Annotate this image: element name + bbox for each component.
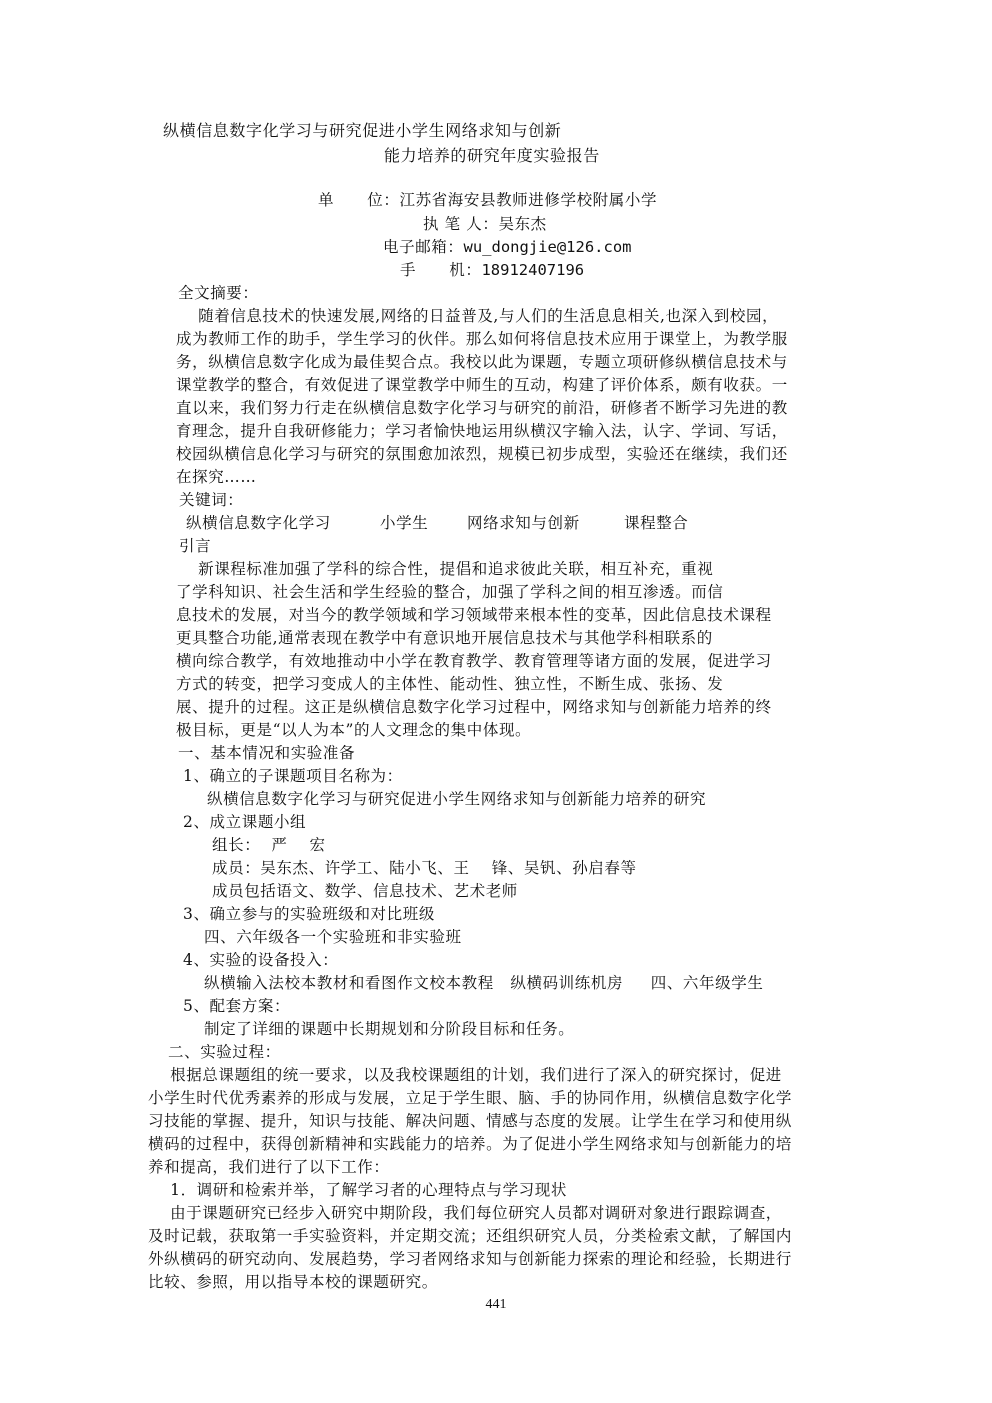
document-page: 纵横信息数字化学习与研究促进小学生网络求知与创新 能力培养的研究年度实验报告 单… xyxy=(0,0,992,1403)
subsection-heading: 1．调研和检索并举，了解学习者的心理特点与学习现状 xyxy=(148,1179,567,1201)
intro-line: 方式的转变，把学习变成人的主体性、能动性、独立性，不断生成、张扬、发 xyxy=(176,673,841,695)
section2-line: 由于课题研究已经步入研究中期阶段，我们每位研究人员都对调研对象进行跟踪调查， xyxy=(148,1202,841,1224)
phone-label: 手 机： xyxy=(400,261,481,279)
title-line-1: 纵横信息数字化学习与研究促进小学生网络求知与创新 xyxy=(163,120,561,142)
keywords-heading: 关键词： xyxy=(179,489,243,511)
phone-row: 手 机：18912407196 xyxy=(400,259,584,281)
section1-item-content: 纵横信息数字化学习与研究促进小学生网络求知与创新能力培养的研究 xyxy=(207,788,706,810)
abstract-line: 校园纵横信息化学习与研究的氛围愈加浓烈，规模已初步成型，实验还在继续，我们还 xyxy=(176,443,841,465)
abstract-line: 在探究…… xyxy=(176,466,257,488)
author-value: 吴东杰 xyxy=(498,215,546,233)
section2-line: 比较、参照，用以指导本校的课题研究。 xyxy=(148,1271,438,1293)
unit-value: 江苏省海安县教师进修学校附属小学 xyxy=(399,191,657,209)
keyword-item: 课程整合 xyxy=(624,512,688,534)
abstract-line: 课堂教学的整合，有效促进了课堂教学中师生的互动，构建了评价体系，颇有收获。一 xyxy=(176,374,841,396)
email-value: wu_dongjie@126.com xyxy=(464,238,632,256)
section1-item-content: 制定了详细的课题中长期规划和分阶段目标和任务。 xyxy=(204,1018,574,1040)
section2-line: 小学生时代优秀素养的形成与发展，立足于学生眼、脑、手的协同作用，纵横信息数字化学 xyxy=(148,1087,841,1109)
keyword-item: 纵横信息数字化学习 xyxy=(186,512,331,534)
unit-label: 单 位： xyxy=(318,191,399,209)
intro-line: 了学科知识、社会生活和学生经验的整合，加强了学科之间的相互渗透。而信 xyxy=(176,581,841,603)
page-number: 441 xyxy=(0,1297,992,1313)
section1-heading: 一、基本情况和实验准备 xyxy=(178,742,355,764)
keyword-item: 小学生 xyxy=(380,512,428,534)
section1-item-label: 5、配套方案： xyxy=(183,995,290,1017)
phone-value: 18912407196 xyxy=(481,261,584,279)
intro-line: 新课程标准加强了学科的综合性，提倡和追求彼此关联，相互补充，重视 xyxy=(176,558,841,580)
abstract-line: 育理念，提升自我研修能力；学习者愉快地运用纵横汉字输入法，认字、学词、写话， xyxy=(176,420,841,442)
section1-item-label: 3、确立参与的实验班级和对比班级 xyxy=(183,903,435,925)
section2-line: 根据总课题组的统一要求，以及我校课题组的计划，我们进行了深入的研究探讨，促进 xyxy=(148,1064,841,1086)
section1-item-content: 组长： 严 宏 xyxy=(212,834,326,856)
intro-line: 极目标，更是“以人为本”的人文理念的集中体现。 xyxy=(176,719,531,741)
keyword-item: 网络求知与创新 xyxy=(467,512,580,534)
section1-item-label: 4、实验的设备投入： xyxy=(183,949,338,971)
section2-line: 习技能的掌握、提升，知识与技能、解决问题、情感与态度的发展。让学生在学习和使用纵 xyxy=(148,1110,841,1132)
title-line-2: 能力培养的研究年度实验报告 xyxy=(384,145,600,167)
intro-line: 横向综合教学，有效地推动中小学在教育教学、教育管理等诸方面的发展，促进学习 xyxy=(176,650,841,672)
section2-line: 养和提高，我们进行了以下工作： xyxy=(148,1156,390,1178)
email-label: 电子邮箱： xyxy=(383,238,464,256)
abstract-line: 随着信息技术的快速发展,网络的日益普及,与人们的生活息息相关,也深入到校园， xyxy=(176,305,841,327)
email-row: 电子邮箱：wu_dongjie@126.com xyxy=(383,236,632,258)
author-label: 执 笔 人： xyxy=(423,215,498,233)
intro-line: 展、提升的过程。这正是纵横信息数字化学习过程中，网络求知与创新能力培养的终 xyxy=(176,696,841,718)
intro-line: 息技术的发展，对当今的教学领域和学习领域带来根本性的变革，因此信息技术课程 xyxy=(176,604,841,626)
section1-item-content: 成员：吴东杰、许学工、陆小飞、王 锋、吴钒、孙启春等 xyxy=(212,857,637,879)
abstract-line: 成为教师工作的助手，学生学习的伙伴。那么如何将信息技术应用于课堂上，为教学服 xyxy=(176,328,841,350)
author-row: 执 笔 人：吴东杰 xyxy=(423,213,547,235)
section2-line: 横码的过程中，获得创新精神和实践能力的培养。为了促进小学生网络求知与创新能力的培 xyxy=(148,1133,841,1155)
unit-row: 单 位：江苏省海安县教师进修学校附属小学 xyxy=(318,189,657,211)
section1-item-label: 2、成立课题小组 xyxy=(183,811,306,833)
abstract-line: 务，纵横信息数字化成为最佳契合点。我校以此为课题，专题立项研修纵横信息技术与 xyxy=(176,351,841,373)
section1-item-label: 1、确立的子课题项目名称为： xyxy=(183,765,403,787)
intro-line: 更具整合功能,通常表现在教学中有意识地开展信息技术与其他学科相联系的 xyxy=(176,627,841,649)
intro-heading: 引言 xyxy=(179,535,211,557)
section2-heading: 二、实验过程： xyxy=(168,1041,281,1063)
section1-item-content: 纵横输入法校本教材和看图作文校本教程 纵横码训练机房 四、六年级学生 xyxy=(204,972,763,994)
section2-line: 及时记载，获取第一手实验资料，并定期交流；还组织研究人员，分类检索文献，了解国内 xyxy=(148,1225,841,1247)
abstract-line: 直以来，我们努力行走在纵横信息数字化学习与研究的前沿，研修者不断学习先进的教 xyxy=(176,397,841,419)
section2-line: 外纵横码的研究动向、发展趋势，学习者网络求知与创新能力探索的理论和经验，长期进行 xyxy=(148,1248,841,1270)
section1-item-content: 四、六年级各一个实验班和非实验班 xyxy=(204,926,462,948)
section1-item-content: 成员包括语文、数学、信息技术、艺术老师 xyxy=(212,880,518,902)
abstract-heading: 全文摘要： xyxy=(178,282,259,304)
